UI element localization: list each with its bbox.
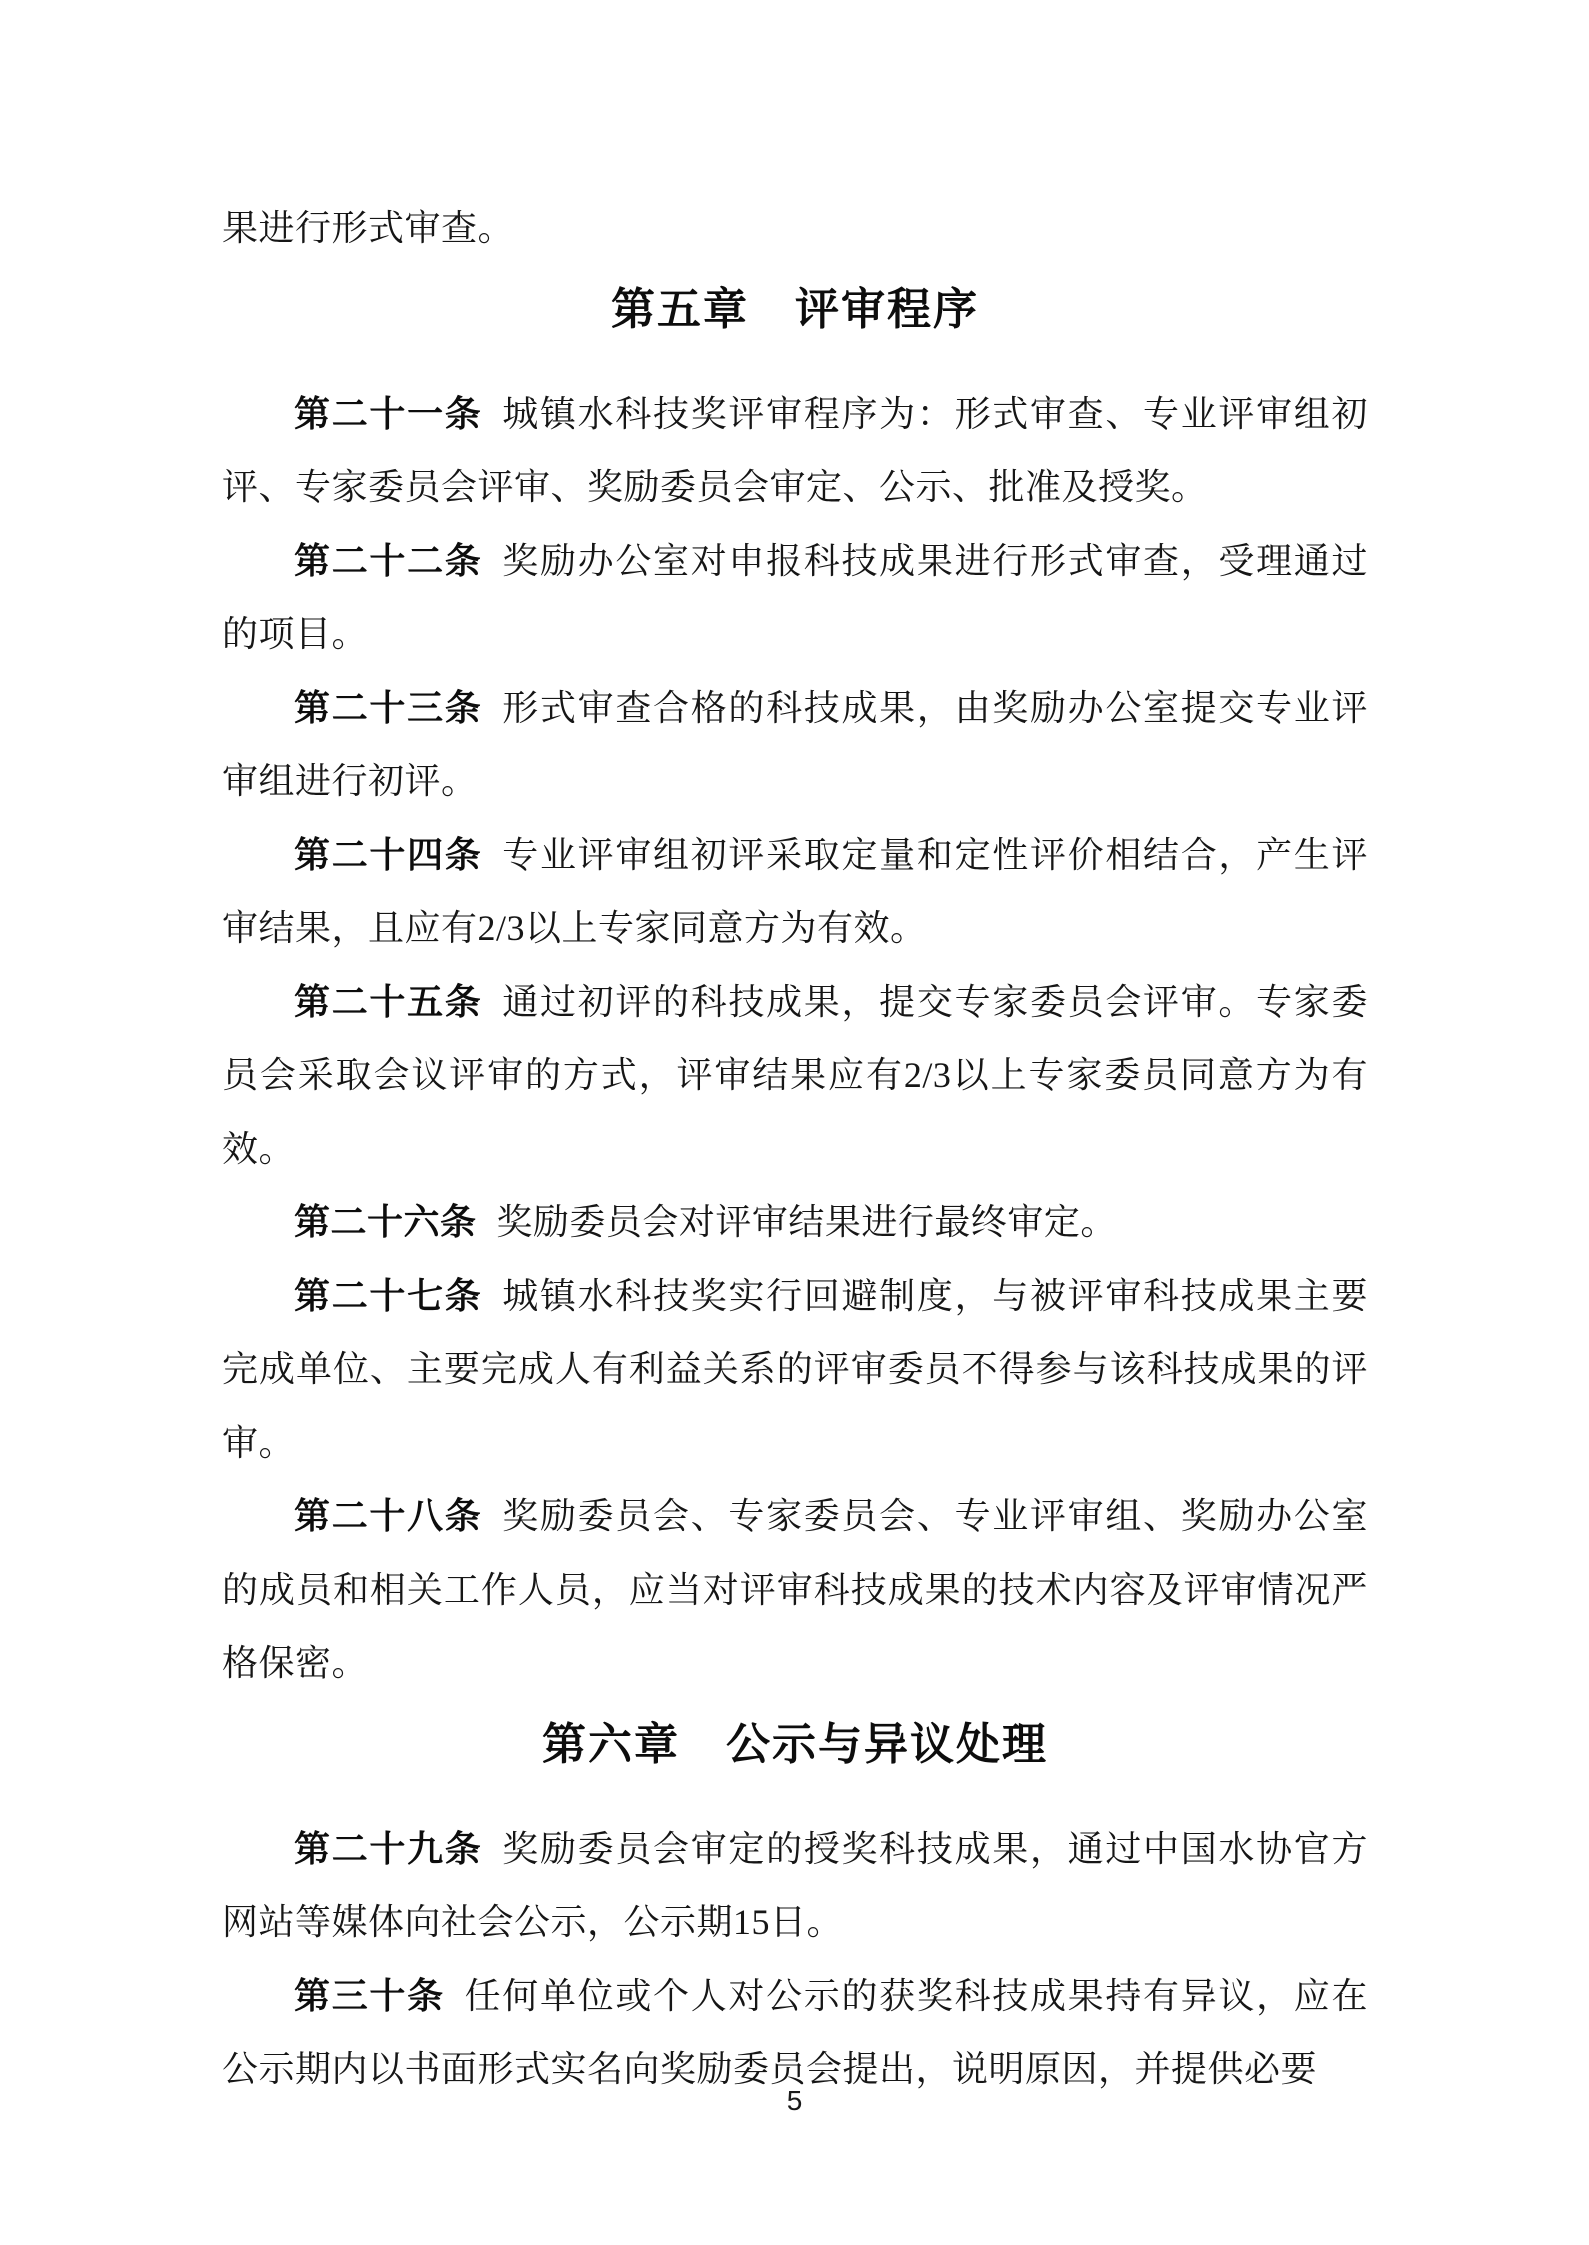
article-number: 第二十五条 — [294, 982, 482, 1022]
article-paragraph: 第二十四条专业评审组初评采取定量和定性评价相结合，产生评审结果，且应有2/3以上… — [222, 819, 1368, 966]
article-number: 第二十九条 — [294, 1829, 482, 1869]
article-paragraph: 第二十一条城镇水科技奖评审程序为：形式审查、专业评审组初评、专家委员会评审、奖励… — [222, 378, 1368, 525]
article-paragraph: 第二十九条奖励委员会审定的授奖科技成果，通过中国水协官方网站等媒体向社会公示，公… — [222, 1813, 1368, 1960]
article-number: 第二十三条 — [294, 688, 482, 728]
article-paragraph: 第二十八条奖励委员会、专家委员会、专业评审组、奖励办公室的成员和相关工作人员，应… — [222, 1480, 1368, 1701]
article-paragraph: 第二十二条奖励办公室对申报科技成果进行形式审查，受理通过的项目。 — [222, 525, 1368, 672]
chapter-heading: 第六章 公示与异议处理 — [222, 1713, 1368, 1777]
article-paragraph: 第二十三条形式审查合格的科技成果，由奖励办公室提交专业评审组进行初评。 — [222, 672, 1368, 819]
article-number: 第二十四条 — [294, 835, 482, 875]
chapter-heading: 第五章 评审程序 — [222, 278, 1368, 342]
article-number: 第三十条 — [294, 1976, 445, 2016]
article-number: 第二十二条 — [294, 541, 482, 581]
article-number: 第二十六条 — [294, 1202, 477, 1242]
article-text: 奖励委员会对评审结果进行最终审定。 — [496, 1202, 1117, 1242]
page-content: 果进行形式审查。第五章 评审程序第二十一条城镇水科技奖评审程序为：形式审查、专业… — [222, 192, 1368, 2107]
page-number: 5 — [0, 2086, 1589, 2116]
article-paragraph: 第二十五条通过初评的科技成果，提交专家委员会评审。专家委员会采取会议评审的方式，… — [222, 966, 1368, 1187]
article-number: 第二十一条 — [294, 394, 482, 434]
document-page: 果进行形式审查。第五章 评审程序第二十一条城镇水科技奖评审程序为：形式审查、专业… — [0, 0, 1589, 2245]
article-number: 第二十七条 — [294, 1276, 482, 1316]
article-paragraph: 第二十七条城镇水科技奖实行回避制度，与被评审科技成果主要完成单位、主要完成人有利… — [222, 1260, 1368, 1481]
article-paragraph: 第二十六条奖励委员会对评审结果进行最终审定。 — [222, 1186, 1368, 1260]
continuation-paragraph: 果进行形式审查。 — [222, 192, 1368, 266]
article-number: 第二十八条 — [294, 1496, 482, 1536]
